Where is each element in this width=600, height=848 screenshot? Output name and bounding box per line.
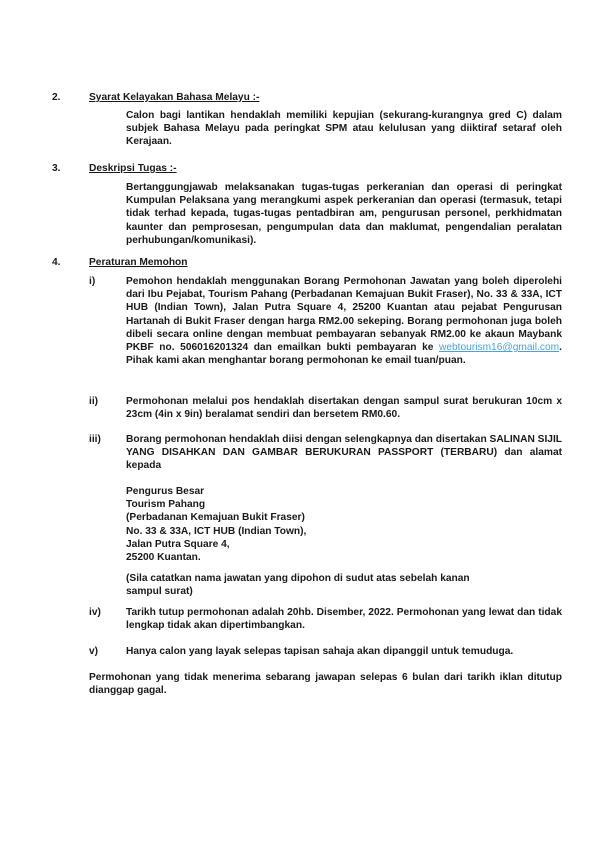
- item-body: Permohonan melalui pos hendaklah diserta…: [126, 395, 562, 421]
- item-body: Pemohon hendaklah menggunakan Borang Per…: [126, 275, 562, 367]
- section-number: 4.: [52, 256, 61, 269]
- email-link[interactable]: webtourism16@gmail.com: [439, 342, 559, 353]
- address-line: No. 33 & 33A, ICT HUB (Indian Town),: [126, 525, 562, 538]
- section-number: 2.: [52, 91, 61, 104]
- closing-paragraph: Permohonan yang tidak menerima sebarang …: [89, 671, 562, 697]
- address-line: Tourism Pahang: [126, 498, 562, 511]
- section-title: Peraturan Memohon: [89, 256, 188, 269]
- note-line: sampul surat): [126, 585, 562, 598]
- section-body: Bertanggungjawab melaksanakan tugas-tuga…: [126, 181, 562, 247]
- item-number: v): [89, 645, 98, 658]
- address-line: 25200 Kuantan.: [126, 551, 562, 564]
- envelope-note: (Sila catatkan nama jawatan yang dipohon…: [126, 572, 562, 598]
- section-title: Deskripsi Tugas :-: [89, 162, 177, 175]
- item-body: Hanya calon yang layak selepas tapisan s…: [126, 645, 562, 658]
- item-number: iii): [89, 433, 101, 446]
- item-number: iv): [89, 606, 101, 619]
- address-line: Jalan Putra Square 4,: [126, 538, 562, 551]
- document-page: 2. Syarat Kelayakan Bahasa Melayu :- Cal…: [0, 0, 600, 848]
- address-line: (Perbadanan Kemajuan Bukit Fraser): [126, 511, 562, 524]
- address-line: Pengurus Besar: [126, 485, 562, 498]
- item-number: ii): [89, 395, 98, 408]
- item-body: Tarikh tutup permohonan adalah 20hb. Dis…: [126, 606, 562, 632]
- section-body: Calon bagi lantikan hendaklah memiliki k…: [126, 109, 562, 149]
- section-number: 3.: [52, 162, 61, 175]
- note-line: (Sila catatkan nama jawatan yang dipohon…: [126, 572, 562, 585]
- item-body: Borang permohonan hendaklah diisi dengan…: [126, 433, 562, 473]
- section-title: Syarat Kelayakan Bahasa Melayu :-: [89, 91, 259, 104]
- mailing-address: Pengurus Besar Tourism Pahang (Perbadana…: [126, 485, 562, 564]
- item-number: i): [89, 275, 95, 288]
